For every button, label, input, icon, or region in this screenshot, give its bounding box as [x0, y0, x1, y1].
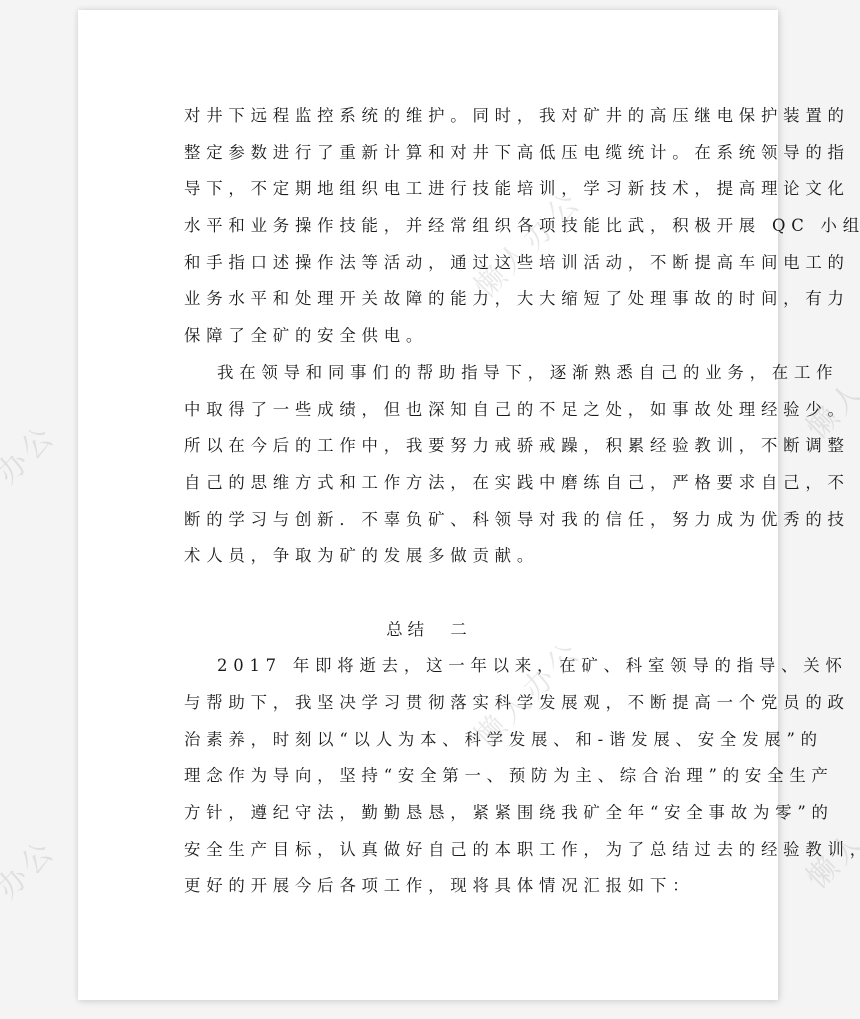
text-line: 业务水平和处理开关故障的能力，大大缩短了处理事故的时间，有力 — [184, 281, 674, 318]
document-page: 对井下远程监控系统的维护。同时，我对矿井的高压继电保护装置的 整定参数进行了重新… — [78, 10, 778, 1000]
paragraph-3: 2017 年即将逝去，这一年以来，在矿、科室领导的指导、关怀 与帮助下，我坚决学… — [184, 648, 674, 905]
text-line: 导下，不定期地组织电工进行技能培训，学习新技术，提高理论文化 — [184, 171, 674, 208]
text-line: 方针，遵纪守法，勤勤恳恳，紧紧围绕我矿全年“安全事故为零”的 — [184, 795, 674, 832]
text-line: 保障了全矿的安全供电。 — [184, 318, 674, 355]
text-line: 所以在今后的工作中，我要努力戒骄戒躁，积累经验教训，不断调整 — [184, 428, 674, 465]
text-line: 对井下远程监控系统的维护。同时，我对矿井的高压继电保护装置的 — [184, 98, 674, 135]
text-line: 整定参数进行了重新计算和对井下高低压电缆统计。在系统领导的指 — [184, 135, 674, 172]
text-line: 断的学习与创新．不辜负矿、科领导对我的信任，努力成为优秀的技 — [184, 502, 674, 539]
text-line: 和手指口述操作法等活动，通过这些培训活动，不断提高车间电工的 — [184, 245, 674, 282]
text-line: 我在领导和同事们的帮助指导下，逐渐熟悉自己的业务，在工作 — [184, 355, 674, 392]
text-line: 中取得了一些成绩，但也深知自己的不足之处，如事故处理经验少。 — [184, 392, 674, 429]
text-line: 安全生产目标，认真做好自己的本职工作，为了总结过去的经验教训， — [184, 832, 674, 869]
text-line: 自己的思维方式和工作方法，在实践中磨练自己，严格要求自己，不 — [184, 465, 674, 502]
text-line: 水平和业务操作技能，并经常组织各项技能比武，积极开展 QC 小组 — [184, 208, 674, 245]
text-line: 术人员，争取为矿的发展多做贡献。 — [184, 538, 674, 575]
text-line: 理念作为导向，坚持“安全第一、预防为主、综合治理”的安全生产 — [184, 758, 674, 795]
text-line: 与帮助下，我坚决学习贯彻落实科学发展观，不断提高一个党员的政 — [184, 685, 674, 722]
watermark-left: 办公 — [0, 827, 64, 906]
text-line: 2017 年即将逝去，这一年以来，在矿、科室领导的指导、关怀 — [184, 648, 674, 685]
section-heading: 总结 二 — [184, 612, 674, 649]
text-line: 治素养，时刻以“以人为本、科学发展、和-谐发展、安全发展”的 — [184, 722, 674, 759]
paragraph-1: 对井下远程监控系统的维护。同时，我对矿井的高压继电保护装置的 整定参数进行了重新… — [184, 98, 674, 355]
document-body: 对井下远程监控系统的维护。同时，我对矿井的高压继电保护装置的 整定参数进行了重新… — [184, 98, 674, 905]
text-line: 更好的开展今后各项工作，现将具体情况汇报如下： — [184, 868, 674, 905]
watermark-left: 办公 — [0, 412, 64, 491]
paragraph-2: 我在领导和同事们的帮助指导下，逐渐熟悉自己的业务，在工作 中取得了一些成绩，但也… — [184, 355, 674, 575]
